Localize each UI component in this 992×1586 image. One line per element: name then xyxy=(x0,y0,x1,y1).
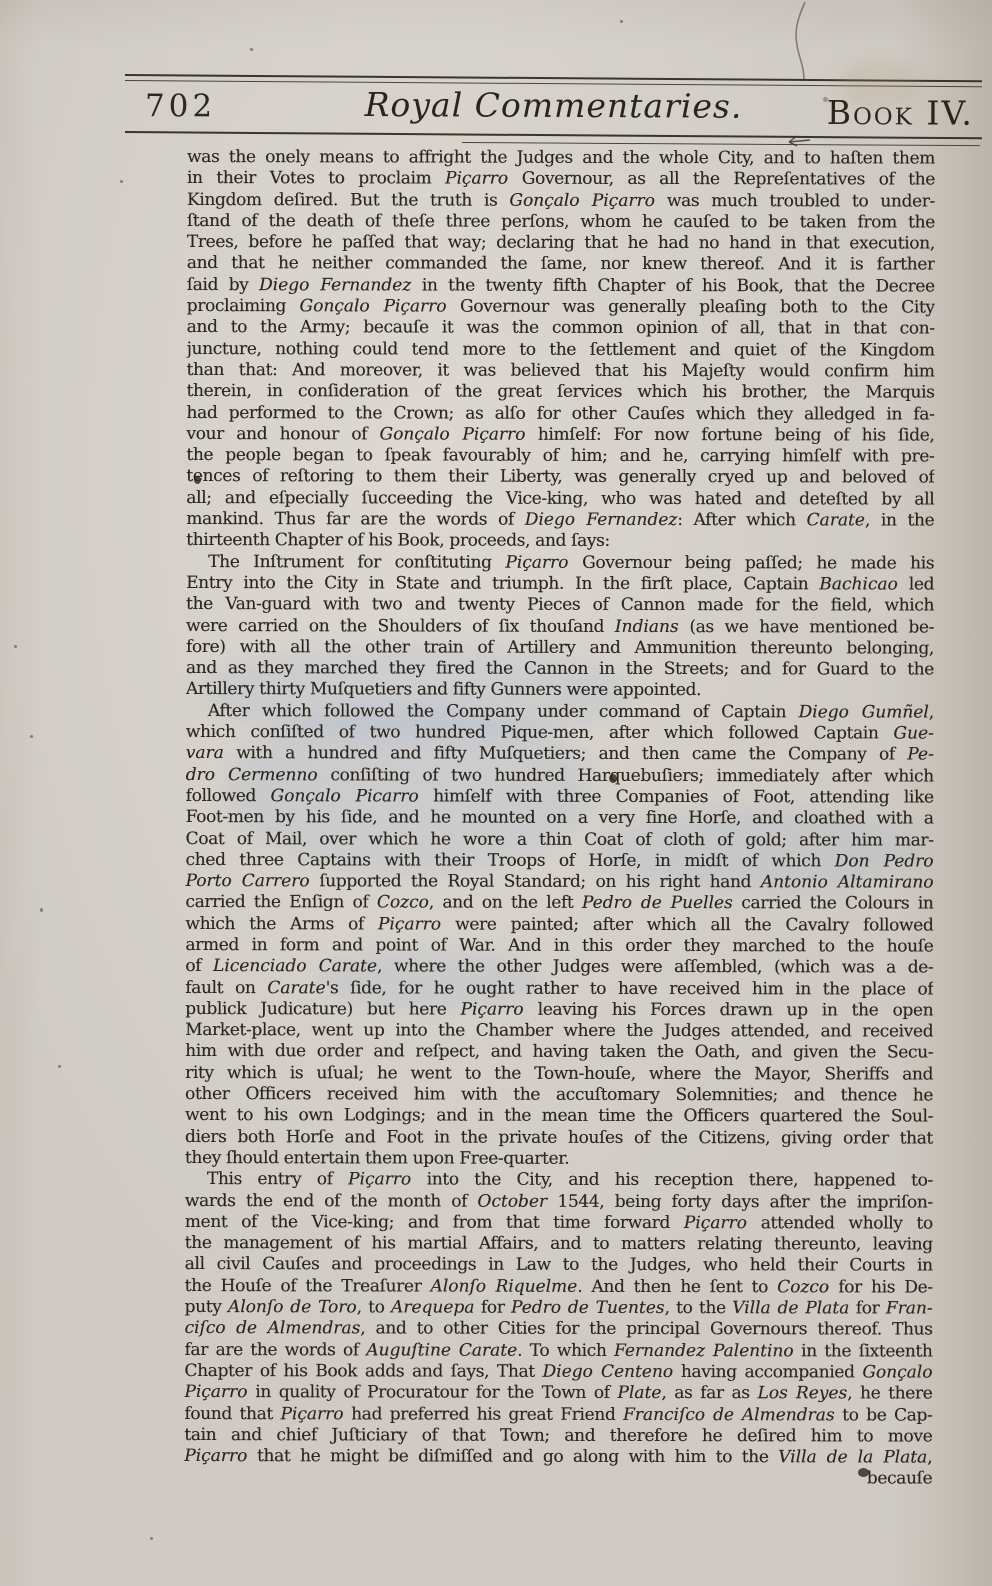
paper-speck xyxy=(30,735,33,738)
roman-text: followed xyxy=(186,786,271,806)
italic-text: Piçarro xyxy=(505,552,568,572)
roman-text: and as they marched they fired the Canno… xyxy=(186,658,934,680)
italic-text: October xyxy=(477,1191,547,1211)
text-line: in their Votes to proclaim Piçarro Gover… xyxy=(187,168,935,191)
roman-text: juncture, nothing could tend more to the… xyxy=(187,339,935,361)
italic-text: Gonçalo Piçarro xyxy=(379,424,525,444)
text-line: and as they marched they fired the Canno… xyxy=(186,658,934,681)
roman-text: led xyxy=(898,574,934,594)
italic-text: Cozco xyxy=(777,1277,829,1297)
text-line: Coat of Mail, over which he wore a thin … xyxy=(186,828,934,851)
italic-text: Indians xyxy=(615,616,679,636)
italic-text: Carate xyxy=(807,510,865,530)
paper-speck xyxy=(470,1352,473,1355)
italic-text: Piçarro xyxy=(184,1382,247,1402)
text-line: rity which is uſual; he went to the Town… xyxy=(185,1063,933,1086)
paper-speck xyxy=(58,1065,61,1068)
text-line: ched three Captains with their Troops of… xyxy=(185,850,933,873)
roman-text: tain and chief Juſticiary of that Town; … xyxy=(184,1425,932,1447)
text-line: therein, in conſideration of the great ſ… xyxy=(186,381,934,404)
roman-text: and to the Army; becauſe it was the comm… xyxy=(187,317,935,339)
text-line: The Inſtrument for conſtituting Piçarro … xyxy=(186,552,934,575)
roman-text: for xyxy=(849,1298,886,1318)
text-line: found that Piçarro had preferred his gre… xyxy=(184,1404,932,1427)
roman-text: carried the Colours in xyxy=(733,894,934,914)
text-line: and to the Army; becauſe it was the comm… xyxy=(187,317,935,340)
roman-text: The Inſtrument for conſtituting xyxy=(208,552,505,573)
italic-text: Franciſco de Almendras xyxy=(623,1404,835,1424)
paper-speck xyxy=(40,908,43,912)
roman-text: ſaid by xyxy=(187,275,259,295)
roman-text: , xyxy=(927,1448,932,1468)
roman-text: Market-place, went up into the Chamber w… xyxy=(185,1020,933,1042)
roman-text: went to his own Lodgings; and in the mea… xyxy=(185,1105,933,1127)
italic-text: Gonçalo Picarro xyxy=(271,786,419,806)
text-line: Market-place, went up into the Chamber w… xyxy=(185,1020,933,1043)
paper-speck xyxy=(823,97,828,102)
roman-text: Coat of Mail, over which he wore a thin … xyxy=(186,828,934,850)
italic-text: Gonçalo xyxy=(862,1362,932,1382)
roman-text: all civil Cauſes and proceedings in Law … xyxy=(185,1254,933,1276)
text-line: Porto Carrero ſupported the Royal Standa… xyxy=(185,871,933,894)
text-line: went to his own Lodgings; and in the mea… xyxy=(185,1105,933,1128)
roman-text: of xyxy=(185,956,213,976)
text-line: carried the Enſign of Cozco, and on the … xyxy=(185,892,933,915)
roman-text: , where the other Judges were aſſembled,… xyxy=(377,957,933,978)
italic-text: Don Pedro xyxy=(835,851,934,871)
italic-text: Gonçalo Piçarro xyxy=(299,296,446,316)
roman-text: , and to other Cities for the principal … xyxy=(360,1319,932,1340)
roman-text: , to the xyxy=(664,1298,732,1318)
text-block: was the onely means to affright the Judg… xyxy=(184,147,935,1490)
roman-text: Kingdom deſired. But the truth is xyxy=(187,190,510,211)
text-line: vara with a hundred and fifty Muſquetier… xyxy=(186,743,934,766)
text-line: Entry into the City in State and triumph… xyxy=(186,573,934,596)
roman-text: mankind. Thus far are the words of xyxy=(186,509,525,530)
roman-text: (as we have mentioned be- xyxy=(679,617,934,638)
roman-text: fore) with all the other train of Artill… xyxy=(186,637,934,659)
italic-text: Cozco xyxy=(377,893,429,913)
roman-text: all; and eſpecially ſucceeding the Vice-… xyxy=(186,488,934,510)
italic-text: Diego Fernandez xyxy=(259,275,411,295)
roman-text: publick Judicature) but here xyxy=(185,999,460,1020)
roman-text: diers both Horſe and Foot in the private… xyxy=(185,1127,933,1149)
page-stain xyxy=(840,60,920,110)
text-line: and that he neither commanded the ſame, … xyxy=(187,253,935,276)
roman-text: the management of his martial Affairs, a… xyxy=(185,1233,933,1255)
text-line: This entry of Piçarro into the City, and… xyxy=(185,1169,933,1192)
roman-text: in their Votes to proclaim xyxy=(187,168,445,189)
italic-text: Plate xyxy=(617,1383,661,1403)
roman-text: conſiſting of two hundred Harquebuſiers;… xyxy=(318,765,934,786)
roman-text: vour and honour of xyxy=(186,424,379,444)
roman-text: 's ſide, for he ought rather to have rec… xyxy=(326,978,934,999)
italic-text: Alonſo de Toro xyxy=(228,1297,357,1317)
text-line: far are the words of Auguſtine Carate. T… xyxy=(184,1340,932,1363)
italic-text: Piçarro xyxy=(280,1404,343,1424)
roman-text: than that: And moreover, it was believed… xyxy=(187,360,935,382)
roman-text: with a hundred and fifty Muſquetiers; an… xyxy=(224,743,908,764)
text-line: ment of the Vice-king; and from that tim… xyxy=(185,1212,933,1235)
roman-text: proclaiming xyxy=(187,296,300,316)
text-line: vour and honour of Gonçalo Piçarro himſe… xyxy=(186,424,934,447)
roman-text: into the City, and his reception there, … xyxy=(411,1170,933,1191)
roman-text: they ſhould entertain them upon Free-qua… xyxy=(185,1148,569,1169)
roman-text: thirteenth Chapter of his Book, proceeds… xyxy=(186,530,610,551)
roman-text: that he might be diſmiſſed and go along … xyxy=(247,1446,778,1467)
italic-text: Piçarro xyxy=(684,1213,747,1233)
text-line: the Van-guard with two and twenty Pieces… xyxy=(186,594,934,617)
text-line: the Houſe of the Treaſurer Alonſo Riquel… xyxy=(185,1276,933,1299)
italic-text: Diego Gumñel xyxy=(799,702,929,722)
italic-text: Alonſo Riquelme xyxy=(430,1276,577,1296)
roman-text: the people began to ſpeak favourably of … xyxy=(186,445,934,467)
roman-text: him with due order and reſpect, and havi… xyxy=(185,1041,933,1063)
text-line: fault on Carate's ſide, for he ought rat… xyxy=(185,978,933,1001)
paper-speck xyxy=(575,1225,579,1229)
text-line: they ſhould entertain them upon Free-qua… xyxy=(185,1148,933,1171)
roman-text: puty xyxy=(185,1297,228,1317)
roman-text: armed in form and point of War. And in t… xyxy=(185,935,933,957)
roman-text: Chapter of his Book adds and ſays, That xyxy=(184,1361,542,1382)
text-line: fore) with all the other train of Artill… xyxy=(186,637,934,660)
italic-text: Piçarro xyxy=(184,1446,247,1466)
text-line: had performed to the Crown; as alſo for … xyxy=(186,403,934,426)
roman-text: and that he neither commanded the ſame, … xyxy=(187,253,935,275)
roman-text: Artillery thirty Muſquetiers and fifty G… xyxy=(186,679,701,700)
roman-text: the Van-guard with two and twenty Pieces… xyxy=(186,594,934,616)
paper-speck xyxy=(620,20,623,23)
roman-text: had preferred his great Friend xyxy=(343,1404,623,1425)
italic-text: Piçarro xyxy=(378,914,441,934)
roman-text: , in the xyxy=(865,510,934,530)
italic-text: ciſco de Almendras xyxy=(185,1318,361,1338)
text-line: him with due order and reſpect, and havi… xyxy=(185,1041,933,1064)
roman-text: in the ſixteenth xyxy=(794,1341,933,1361)
ink-blot xyxy=(858,1468,869,1477)
roman-text: wards the end of the month of xyxy=(185,1191,478,1212)
text-line: Piçarro in quality of Procuratour for th… xyxy=(184,1382,932,1405)
text-line: followed Gonçalo Picarro himſelf with th… xyxy=(186,786,934,809)
roman-text: Entry into the City in State and triumph… xyxy=(186,573,819,594)
roman-text: ched three Captains with their Troops of… xyxy=(185,850,834,871)
roman-text: which conſiſted of two hundred Pique-men… xyxy=(186,722,894,743)
roman-text: found that xyxy=(184,1404,280,1424)
paper-crease-mark xyxy=(780,0,840,90)
text-line: of Licenciado Carate, where the other Ju… xyxy=(185,956,933,979)
roman-text: fault on xyxy=(185,978,267,998)
roman-text: in the twenty fifth Chapter of his Book,… xyxy=(411,275,935,296)
text-line: tain and chief Juſticiary of that Town; … xyxy=(184,1425,932,1448)
text-line: the management of his martial Affairs, a… xyxy=(185,1233,933,1256)
roman-text: to be Cap- xyxy=(835,1405,933,1425)
roman-text: This entry of xyxy=(207,1169,348,1189)
roman-text: the Houſe of the Treaſurer xyxy=(185,1276,431,1297)
roman-text: was the onely means to affright the Judg… xyxy=(187,147,935,169)
text-line: were carried on the Shoulders of ſix tho… xyxy=(186,616,934,639)
italic-text: Fernandez Palentino xyxy=(614,1341,794,1361)
roman-text: in quality of Procuratour for the Town o… xyxy=(247,1382,617,1403)
roman-text: for his De- xyxy=(829,1277,933,1297)
italic-text: Villa de la Plata xyxy=(778,1447,927,1467)
roman-text: ſtand of the death of theſe three perſon… xyxy=(187,211,935,233)
roman-text: other Officers received him with the acc… xyxy=(185,1084,933,1106)
italic-text: Gonçalo Piçarro xyxy=(509,190,655,210)
roman-text: himſelf: For now fortune being of his ſi… xyxy=(525,425,934,446)
roman-text: leaving his Forces drawn up in the open xyxy=(524,1000,934,1021)
text-line: mankind. Thus far are the words of Diego… xyxy=(186,509,934,532)
roman-text: , he there xyxy=(847,1384,932,1404)
roman-text: carried the Enſign of xyxy=(185,892,376,912)
text-line: which the Arms of Piçarro were painted; … xyxy=(185,914,933,937)
text-line: thirteenth Chapter of his Book, proceeds… xyxy=(186,530,934,553)
italic-text: Diego Centeno xyxy=(543,1362,674,1382)
catchword: becauſe xyxy=(184,1467,932,1490)
roman-text: ment of the Vice-king; and from that tim… xyxy=(185,1212,684,1233)
text-line: than that: And moreover, it was believed… xyxy=(187,360,935,383)
roman-text: was much troubled to under- xyxy=(655,191,935,212)
roman-text: tences of reſtoring to them their Libert… xyxy=(186,466,934,488)
roman-text: After which followed the Company under c… xyxy=(208,701,799,722)
roman-text: attended wholly to xyxy=(747,1213,933,1233)
italic-text: Auguſtine Carate xyxy=(366,1340,517,1360)
roman-text: . To which xyxy=(517,1340,614,1360)
roman-text: were painted; after which all the Cavalr… xyxy=(441,914,933,935)
paper-speck xyxy=(14,645,17,648)
text-line: was the onely means to affright the Judg… xyxy=(187,147,935,170)
text-line: Trees, before he paſſed that way; declar… xyxy=(187,232,935,255)
text-line: dro Cermenno conſiſting of two hundred H… xyxy=(186,765,934,788)
paper-speck xyxy=(150,1537,153,1540)
roman-text: for xyxy=(474,1298,511,1318)
italic-text: Los Reyes xyxy=(757,1383,847,1403)
text-line: publick Judicature) but here Piçarro lea… xyxy=(185,999,933,1022)
italic-text: Fran- xyxy=(886,1298,933,1318)
roman-text: . And then he ſent to xyxy=(577,1277,777,1297)
italic-text: Pedro de Tuentes xyxy=(511,1298,665,1318)
text-line: Piçarro that he might be diſmiſſed and g… xyxy=(184,1446,932,1469)
italic-text: Pedro de Puelles xyxy=(582,893,733,913)
roman-text: , xyxy=(929,702,934,722)
roman-text: ſupported the Royal Standard; on his rig… xyxy=(310,871,761,892)
italic-text: vara xyxy=(186,743,224,763)
text-line: all civil Cauſes and proceedings in Law … xyxy=(185,1254,933,1277)
text-line: diers both Horſe and Foot in the private… xyxy=(185,1127,933,1150)
roman-text: , to xyxy=(357,1297,391,1317)
text-line: Foot-men by his ſide, and he mounted on … xyxy=(186,807,934,830)
text-line: Artillery thirty Muſquetiers and fifty G… xyxy=(186,679,934,702)
ink-blot xyxy=(609,774,617,783)
italic-text: Piçarro xyxy=(348,1170,411,1190)
text-line: the people began to ſpeak favourably of … xyxy=(186,445,934,468)
text-line: all; and eſpecially ſucceeding the Vice-… xyxy=(186,488,934,511)
italic-text: Bachicao xyxy=(819,574,897,594)
italic-text: Gue- xyxy=(893,723,933,743)
italic-text: Antonio Altamirano xyxy=(761,872,934,892)
italic-text: Arequepa xyxy=(391,1297,474,1317)
italic-text: dro Cermenno xyxy=(186,765,318,785)
roman-text: Governour being paſſed; he made his xyxy=(568,552,934,573)
roman-text: therein, in conſideration of the great ſ… xyxy=(186,381,934,403)
italic-text: Piçarro xyxy=(460,999,523,1019)
text-line: other Officers received him with the acc… xyxy=(185,1084,933,1107)
italic-text: Villa de Plata xyxy=(732,1298,849,1318)
roman-text: Trees, before he paſſed that way; declar… xyxy=(187,232,935,254)
italic-text: Piçarro xyxy=(445,169,508,189)
text-line: puty Alonſo de Toro, to Arequepa for Ped… xyxy=(185,1297,933,1320)
roman-text: having accompanied xyxy=(673,1362,862,1382)
italic-text: Pe- xyxy=(907,745,934,765)
paper-speck xyxy=(120,180,123,183)
roman-text: were carried on the Shoulders of ſix tho… xyxy=(186,616,615,637)
italic-text: Porto Carrero xyxy=(185,871,309,891)
text-line: Kingdom deſired. But the truth is Gonçal… xyxy=(187,190,935,213)
roman-text: rity which is uſual; he went to the Town… xyxy=(185,1063,933,1085)
text-line: Chapter of his Book adds and ſays, That … xyxy=(184,1361,932,1384)
text-line: ſaid by Diego Fernandez in the twenty fi… xyxy=(187,275,935,298)
text-line: wards the end of the month of October 15… xyxy=(185,1191,933,1214)
text-line: tences of reſtoring to them their Libert… xyxy=(186,466,934,489)
roman-text: himſelf with three Companies of Foot, at… xyxy=(419,786,934,807)
italic-text: Diego Fernandez xyxy=(525,510,678,530)
text-line: ſtand of the death of theſe three perſon… xyxy=(187,211,935,234)
text-line: armed in form and point of War. And in t… xyxy=(185,935,933,958)
italic-text: Carate xyxy=(267,978,325,998)
roman-text: Foot-men by his ſide, and he mounted on … xyxy=(186,807,934,829)
roman-text: , as far as xyxy=(661,1383,757,1403)
roman-text: which the Arms of xyxy=(185,914,378,934)
text-line: After which followed the Company under c… xyxy=(186,701,934,724)
paper-speck xyxy=(250,48,253,51)
italic-text: Licenciado Carate xyxy=(213,956,377,976)
text-line: ciſco de Almendras, and to other Cities … xyxy=(185,1318,933,1341)
header-bottom-rule-2 xyxy=(462,142,980,146)
roman-text: Governour was generally pleaſing both to… xyxy=(446,297,934,318)
roman-text: Governour, as all the Repreſentatives of… xyxy=(508,169,935,190)
roman-text: : After which xyxy=(677,510,806,530)
rule-flourish-arrow xyxy=(785,133,811,147)
roman-text: had performed to the Crown; as alſo for … xyxy=(186,403,934,425)
roman-text: 1544, being forty days after the impriſo… xyxy=(547,1191,933,1212)
ink-blot xyxy=(194,476,201,484)
text-line: which conſiſted of two hundred Pique-men… xyxy=(186,722,934,745)
book-page: 702 Royal Commentaries. Book IV. was the… xyxy=(0,0,992,1586)
roman-text: far are the words of xyxy=(184,1340,366,1360)
text-line: juncture, nothing could tend more to the… xyxy=(187,339,935,362)
roman-text: , and on the left xyxy=(429,893,582,913)
text-line: proclaiming Gonçalo Piçarro Governour wa… xyxy=(187,296,935,319)
